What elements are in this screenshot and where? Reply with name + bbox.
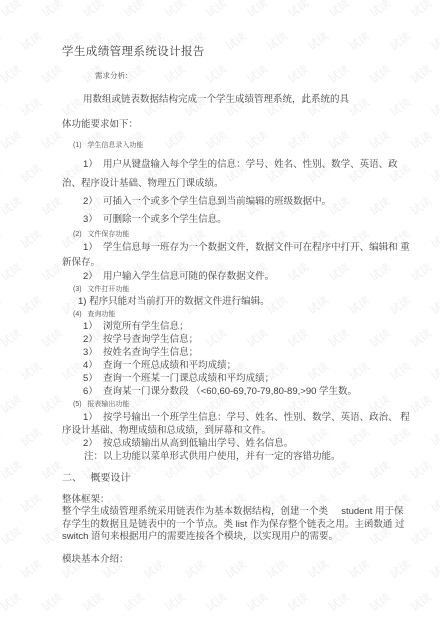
text-line: 模块基本介绍： <box>62 554 390 566</box>
text-line: 体功能要求如下： <box>62 118 390 132</box>
text-line: 存学生的数据且是链表中的一个节点。类 list 作为保存整个链表之用。主函数通 … <box>62 519 390 532</box>
document-body: 学生成绩管理系统设计报告需求分析：用数组或链表数据结构完成一个学生成绩管理系统，… <box>0 0 440 620</box>
text-line: (5) 报表输出功能 <box>73 400 390 410</box>
text-line: 1） 按学号输出一个班学生信息：学号、姓名、性别、数学、英语、政治、 程 <box>83 411 390 424</box>
text-line: 需求分析： <box>95 71 390 81</box>
text-line: 3） 可删除一个或多个学生信息。 <box>83 213 390 226</box>
text-line: 新保存。 <box>62 256 390 269</box>
document-page: 试读试读试读试读试读试读试读试读试读试读试读试读试读试读试读试读试读试读试读试读… <box>0 0 440 620</box>
text-line: 1) 程序只能对当前打开的数据文件进行编辑。 <box>78 295 390 308</box>
text-line: 2） 按总成绩输出从高到低输出学号、姓名信息。 <box>83 437 390 450</box>
text-line: (4) 查询功能 <box>73 310 390 320</box>
text-line: 1） 浏览所有学生信息； <box>83 320 390 333</box>
text-line: (1) 学生信息录入功能 <box>73 141 390 151</box>
text-line: 整个学生成绩管理系统采用链表作为基本数据结构，创建一个类 student 用于保 <box>62 506 390 519</box>
text-line: 二、 概要设计 <box>62 472 390 485</box>
text-line: 2） 按学号查询学生信息； <box>83 333 390 346</box>
text-line: 5） 查询一个班某一门课总成绩和平均成绩； <box>83 372 390 385</box>
text-line: 注：以上功能以菜单形式供用户使用，并有一定的容错功能。 <box>84 450 390 463</box>
text-line: 学生成绩管理系统设计报告 <box>62 45 390 60</box>
text-line: 1） 学生信息每一班存为一个数据文件，数据文件可在程序中打开、编辑和 重 <box>83 241 390 254</box>
text-line: 2） 可插入一个或多个学生信息到当前编辑的班级数据中。 <box>83 195 390 208</box>
text-line: 3） 按姓名查询学生信息； <box>83 346 390 359</box>
text-line: 序设计基础、物理成绩和总成绩，到屏幕和文件。 <box>62 424 390 437</box>
text-line: 用数组或链表数据结构完成一个学生成绩管理系统，此系统的具 <box>83 93 390 106</box>
text-line: 4） 查询一个班总成绩和平均成绩； <box>83 359 390 372</box>
text-line: (3) 文件打开功能 <box>73 285 390 295</box>
text-line: switch 语句来根据用户的需要连接各个模块，以实现用户的需要。 <box>62 531 390 544</box>
text-line: 治、程序设计基础、物理五门课成绩。 <box>62 177 390 190</box>
text-line: 整体框架： <box>62 494 390 506</box>
text-line: (2) 文件保存功能 <box>73 230 390 240</box>
text-line: 6） 查询某一门课分数段 （<60,60-69,70-79,80-89,>90 … <box>83 385 390 398</box>
text-line: 1） 用户从键盘输入每个学生的信息：学号、姓名、性别、数学、英语、政 <box>83 158 390 171</box>
text-line: 2） 用户输入学生信息可随的保存数据文件。 <box>83 270 390 283</box>
